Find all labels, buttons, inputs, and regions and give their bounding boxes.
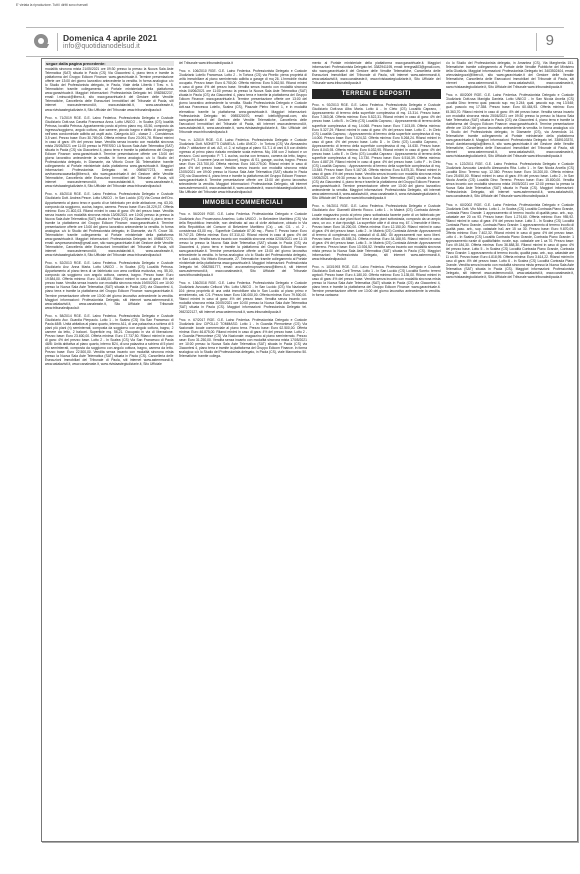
continuation-header: segue dalla pagina precedente: bbox=[45, 61, 174, 66]
contact-email: info@quotidianodelsud.it bbox=[63, 43, 140, 50]
listing: Proc. n. 1/2019 RGE. G.E. Laino Federica… bbox=[179, 138, 308, 195]
section-header-land: TERRENI E DEPOSITI bbox=[312, 89, 441, 99]
listing: Proc. n. 106/2010 RGE. G.E. Laino Federi… bbox=[179, 69, 308, 134]
page-number-divider bbox=[536, 33, 537, 51]
listing: modalità sincrona mista 21/05/2021 ore 0… bbox=[45, 67, 174, 112]
listing: Proc. n. 80/2009 RGE. G.E. Laino Federic… bbox=[446, 93, 575, 158]
listing: Proc. n. 60/2002 RGE. G.E. Laino Federic… bbox=[446, 203, 575, 280]
listing: Proc. n. 58/2014 RGE. G.E. Laino Federic… bbox=[45, 314, 174, 367]
listing: Proc. n. 56/2019 RGE. G.E. Laino Federic… bbox=[179, 212, 308, 277]
q-logo-tail bbox=[42, 44, 49, 48]
listing: Proc. n. 67/2017 RGE. G.E. Laino Federic… bbox=[179, 318, 308, 358]
column-4: c/o lo Studio del Professionista delegat… bbox=[446, 61, 575, 839]
listing: Proc. n. 45/2018 RGE. G.E. Laino Federic… bbox=[45, 192, 174, 257]
issue-date: Domenica 4 aprile 2021 bbox=[63, 33, 157, 43]
listing: Proc. n. 136/2018 RGE. G.E. Laino Federi… bbox=[179, 281, 308, 313]
column-container: segue dalla pagina precedente: modalità … bbox=[45, 61, 574, 839]
listing: mento al Portale ministeriale della piat… bbox=[312, 61, 441, 85]
listing: c/o lo Studio del Professionista delegat… bbox=[446, 61, 575, 89]
section-header-commercial: IMMOBILI COMMERCIALI bbox=[179, 198, 308, 208]
masthead: Domenica 4 aprile 2021 info@quotidianode… bbox=[26, 27, 564, 57]
legal-notices-frame: segue dalla pagina precedente: modalità … bbox=[41, 58, 578, 842]
listing: Proc. n. 92/2013 RGE. G.E. Laino Federic… bbox=[312, 103, 441, 200]
listing: Proc. n. 52/2013 RGE. G.E. Laino Federic… bbox=[45, 261, 174, 310]
listing: Proc. n. 103/1993 RGE. G.E. Laino Federi… bbox=[312, 265, 441, 297]
column-3: mento al Portale ministeriale della piat… bbox=[312, 61, 441, 839]
listing: Proc. n. 122/2011 RGE. G.E. Laino Federi… bbox=[446, 162, 575, 198]
masthead-divider bbox=[57, 33, 58, 51]
listing: del Tribunale www.tribunaledipaola.it bbox=[179, 61, 308, 65]
copyright-notice: E' vietata la riproduzione. Tutti i diri… bbox=[16, 3, 88, 7]
column-1: segue dalla pagina precedente: modalità … bbox=[45, 61, 174, 839]
column-2: del Tribunale www.tribunaledipaola.it Pr… bbox=[179, 61, 308, 839]
listing: Proc. n. 71/2019 RGE. G.E. Laino Federic… bbox=[45, 116, 174, 189]
page-number: 9 bbox=[546, 32, 554, 49]
listing: Proc. n. 94/2011 RGE. G.E. Laino Federic… bbox=[312, 204, 441, 261]
